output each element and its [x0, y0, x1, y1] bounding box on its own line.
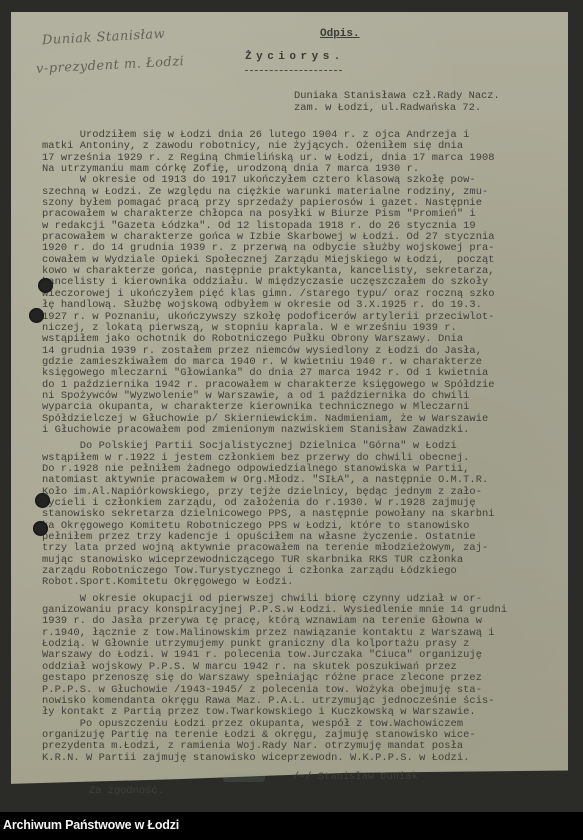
footer-bar: Archiwum Państwowe w Łodzi — [0, 812, 583, 840]
body-line: i Głuchowie pracowałem pod zmienionym na… — [42, 425, 507, 436]
document-viewer: Duniak Stanisław v-prezydent m. Łodzi Od… — [0, 0, 583, 812]
certification-note: Za zgodność. — [89, 785, 164, 797]
punch-hole — [33, 521, 48, 536]
address-block: Duniaka Stanisława czł.Rady Nacz.zam. w … — [294, 90, 500, 114]
body-line: wyparcia okupanta, w charakterze kierown… — [42, 402, 507, 413]
faint-stamp — [223, 774, 265, 782]
body-line: księgowego mleczarni "Głowianka" do dnia… — [42, 368, 507, 379]
punch-hole — [38, 278, 53, 293]
archive-label: Archiwum Państwowe w Łodzi — [3, 818, 179, 832]
body-text: Urodziłem się w Łodzi dnia 26 lutego 190… — [42, 130, 507, 764]
body-line: gestapo przenoszę się do Warszawy spełni… — [42, 673, 507, 684]
body-line: Do Polskiej Partii Socjalistycznej Dziel… — [42, 441, 507, 452]
body-line: matki Antoniny, z zawodu robotnicy, nie … — [42, 141, 507, 152]
document-title: Życiorys. — [245, 51, 345, 63]
body-line: stanowisko sekretarza dzielnicowego PPS,… — [42, 509, 507, 520]
body-line: ły kontakt z Partią przez tow.Twarkowski… — [42, 707, 507, 718]
body-line: Robot.Sport.Komitetu Okręgowego w Łodzi. — [42, 577, 507, 588]
body-line: wstąpiłem jako ochotnik do Robotniczego … — [42, 334, 507, 345]
punch-hole — [35, 493, 50, 508]
body-line: prezydenta m.Łodzi, z ramienia Woj.Rady … — [42, 741, 507, 752]
title-underline — [245, 70, 342, 71]
copy-label: Odpis. — [320, 28, 360, 40]
body-line: natomiast aktywnie pracowałem w Org.Młod… — [42, 475, 507, 486]
signature: /-/ Stanisław Duniak — [293, 771, 418, 783]
body-line: łę handlową. Służbę wojskową odbyłem w o… — [42, 300, 507, 311]
address-line: Duniaka Stanisława czł.Rady Nacz. — [294, 90, 500, 102]
address-line: zam. w Łodzi, ul.Radwańska 72. — [294, 102, 500, 114]
body-line: K.R.N. W Partii zajmuję stanowisko wicep… — [42, 753, 507, 764]
punch-hole — [29, 308, 44, 323]
